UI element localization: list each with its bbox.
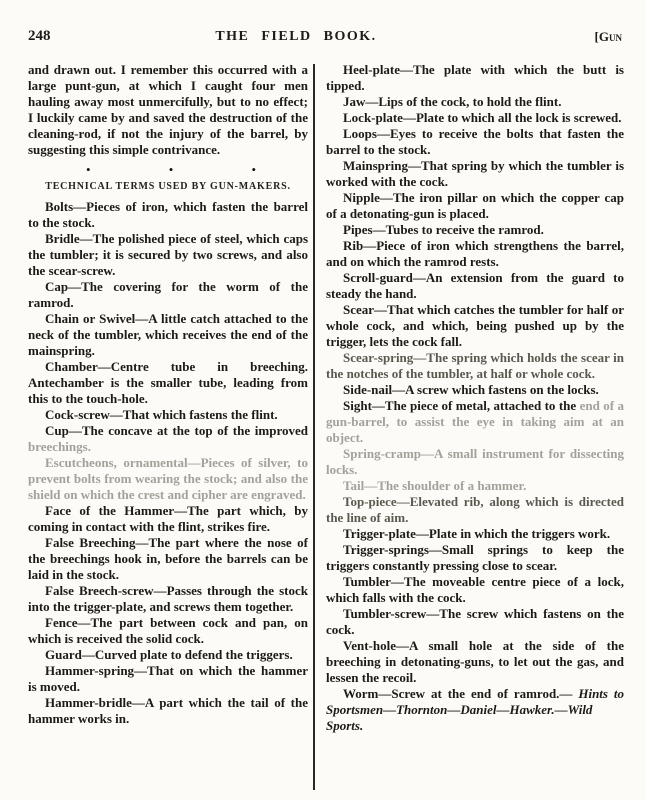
term-entry: Pipes—Tubes to receive the ramrod. bbox=[326, 222, 624, 238]
text-segment: Worm—Screw at the end of ramrod.— bbox=[343, 686, 578, 701]
book-page: 248 THE FIELD BOOK. [Gun and drawn out. … bbox=[0, 0, 646, 800]
term-entry: Worm—Screw at the end of ramrod.— Hints … bbox=[326, 686, 624, 734]
term-entry: Lock-plate—Plate to which all the lock i… bbox=[326, 110, 624, 126]
text-segment: Side-nail—A screw which fastens on the l… bbox=[343, 382, 599, 397]
separator-dot: • bbox=[169, 165, 174, 175]
term-entry: Trigger-springs—Small springs to keep th… bbox=[326, 542, 624, 574]
term-entry: Bolts—Pieces of iron, which fasten the b… bbox=[28, 199, 308, 231]
text-segment: Cap—The covering for the worm of the ram… bbox=[28, 279, 308, 310]
text-segment: False Breech-screw—Passes through the st… bbox=[28, 583, 308, 614]
term-entry: False Breeching—The part where the nose … bbox=[28, 535, 308, 583]
term-entry: Hammer-bridle—A part which the tail of t… bbox=[28, 695, 308, 727]
text-segment: False Breeching—The part where the nose … bbox=[28, 535, 308, 582]
text-segment: Rib—Piece of iron which strengthens the … bbox=[326, 238, 624, 269]
running-header: 248 THE FIELD BOOK. [Gun bbox=[28, 28, 624, 48]
term-entry: Heel-plate—The plate with which the butt… bbox=[326, 62, 624, 94]
term-entry: Scear-spring—The spring which holds the … bbox=[326, 350, 624, 382]
header-catchword: [Gun bbox=[595, 29, 622, 45]
text-segment: Tumbler-screw—The screw which fastens on… bbox=[326, 606, 624, 637]
term-entry: Loops—Eyes to receive the bolts that fas… bbox=[326, 126, 624, 158]
term-entry: Face of the Hammer—The part which, by co… bbox=[28, 503, 308, 535]
text-segment: Fence—The part between cock and pan, on … bbox=[28, 615, 308, 646]
text-segment: Chain or Swivel—A little catch attached … bbox=[28, 311, 308, 358]
term-entry: Tumbler—The moveable centre piece of a l… bbox=[326, 574, 624, 606]
text-segment: Cock-screw—That which fastens the flint. bbox=[45, 407, 278, 422]
text-segment: Trigger-springs—Small springs to keep th… bbox=[326, 542, 624, 573]
text-segment: Sight—The piece of metal, attached to th… bbox=[343, 398, 580, 413]
term-entry: Hammer-spring—That on which the hammer i… bbox=[28, 663, 308, 695]
term-entry: Rib—Piece of iron which strengthens the … bbox=[326, 238, 624, 270]
text-segment: Escutcheons, ornamental—Pieces of silver… bbox=[28, 455, 308, 502]
text-segment: Heel-plate—The plate with which the butt… bbox=[326, 62, 624, 93]
text-segment: Guard—Curved plate to defend the trigger… bbox=[45, 647, 293, 662]
text-segment: and drawn out. I remember this occurred … bbox=[28, 62, 308, 157]
text-segment: Trigger-plate—Plate in which the trigger… bbox=[343, 526, 610, 541]
two-column-body: and drawn out. I remember this occurred … bbox=[28, 58, 624, 798]
page-title: THE FIELD BOOK. bbox=[28, 29, 564, 45]
term-entry: Spring-cramp—A small instrument for diss… bbox=[326, 446, 624, 478]
text-segment: breechings. bbox=[28, 439, 91, 454]
text-segment: Face of the Hammer—The part which, by co… bbox=[28, 503, 308, 534]
text-segment: Jaw—Lips of the cock, to hold the flint. bbox=[343, 94, 561, 109]
left-column: and drawn out. I remember this occurred … bbox=[28, 62, 308, 727]
text-segment: Top-piece—Elevated rib, along which is d… bbox=[326, 494, 624, 525]
text-segment: Spring-cramp—A small instrument for diss… bbox=[326, 446, 624, 477]
text-segment: Scroll-guard—An extension from the guard… bbox=[326, 270, 624, 301]
term-entry: False Breech-screw—Passes through the st… bbox=[28, 583, 308, 615]
text-segment: Bolts—Pieces of iron, which fasten the b… bbox=[28, 199, 308, 230]
text-segment: Bridle—The polished piece of steel, whic… bbox=[28, 231, 308, 278]
separator-dot: • bbox=[251, 165, 256, 175]
term-entry: Side-nail—A screw which fastens on the l… bbox=[326, 382, 624, 398]
text-segment: Lock-plate—Plate to which all the lock i… bbox=[343, 110, 622, 125]
term-entry: Cock-screw—That which fastens the flint. bbox=[28, 407, 308, 423]
term-entry: Vent-hole—A small hole at the side of th… bbox=[326, 638, 624, 686]
text-segment: Tumbler—The moveable centre piece of a l… bbox=[326, 574, 624, 605]
term-entry: Scear—That which catches the tumbler for… bbox=[326, 302, 624, 350]
term-entry: Tumbler-screw—The screw which fastens on… bbox=[326, 606, 624, 638]
term-entry: Nipple—The iron pillar on which the copp… bbox=[326, 190, 624, 222]
term-entry: Trigger-plate—Plate in which the trigger… bbox=[326, 526, 624, 542]
text-segment: Loops—Eyes to receive the bolts that fas… bbox=[326, 126, 624, 157]
text-segment: Chamber—Centre tube in breeching. Antech… bbox=[28, 359, 308, 406]
term-entry: Scroll-guard—An extension from the guard… bbox=[326, 270, 624, 302]
text-segment: Scear—That which catches the tumbler for… bbox=[326, 302, 624, 349]
term-entry: Escutcheons, ornamental—Pieces of silver… bbox=[28, 455, 308, 503]
term-entry: Tail—The shoulder of a hammer. bbox=[326, 478, 624, 494]
right-column: Heel-plate—The plate with which the butt… bbox=[326, 62, 624, 734]
column-divider-rule bbox=[313, 64, 315, 790]
term-entry: Fence—The part between cock and pan, on … bbox=[28, 615, 308, 647]
text-segment: Hammer-spring—That on which the hammer i… bbox=[28, 663, 308, 694]
term-entry: Cup—The concave at the top of the improv… bbox=[28, 423, 308, 455]
text-segment: Mainspring—That spring by which the tumb… bbox=[326, 158, 624, 189]
section-heading: TECHNICAL TERMS USED BY GUN-MAKERS. bbox=[28, 181, 308, 192]
text-segment: Pipes—Tubes to receive the ramrod. bbox=[343, 222, 544, 237]
term-entry: Bridle—The polished piece of steel, whic… bbox=[28, 231, 308, 279]
term-entry: Jaw—Lips of the cock, to hold the flint. bbox=[326, 94, 624, 110]
term-entry: Chamber—Centre tube in breeching. Antech… bbox=[28, 359, 308, 407]
term-entry: Sight—The piece of metal, attached to th… bbox=[326, 398, 624, 446]
term-entry: Chain or Swivel—A little catch attached … bbox=[28, 311, 308, 359]
text-segment: Tail—The shoulder of a hammer. bbox=[343, 478, 526, 493]
term-entry: Top-piece—Elevated rib, along which is d… bbox=[326, 494, 624, 526]
text-segment: Hammer-bridle—A part which the tail of t… bbox=[28, 695, 308, 726]
term-entry: Guard—Curved plate to defend the trigger… bbox=[28, 647, 308, 663]
term-entry: Cap—The covering for the worm of the ram… bbox=[28, 279, 308, 311]
separator-dot: • bbox=[86, 165, 91, 175]
section-separator-dots: ••• bbox=[28, 163, 308, 177]
text-segment: Vent-hole—A small hole at the side of th… bbox=[326, 638, 624, 685]
term-entry: Mainspring—That spring by which the tumb… bbox=[326, 158, 624, 190]
text-segment: Cup—The concave at the top of the improv… bbox=[45, 423, 308, 438]
text-segment: Scear-spring—The spring which holds the … bbox=[326, 350, 624, 381]
continuation-paragraph: and drawn out. I remember this occurred … bbox=[28, 62, 308, 158]
text-segment: Nipple—The iron pillar on which the copp… bbox=[326, 190, 624, 221]
